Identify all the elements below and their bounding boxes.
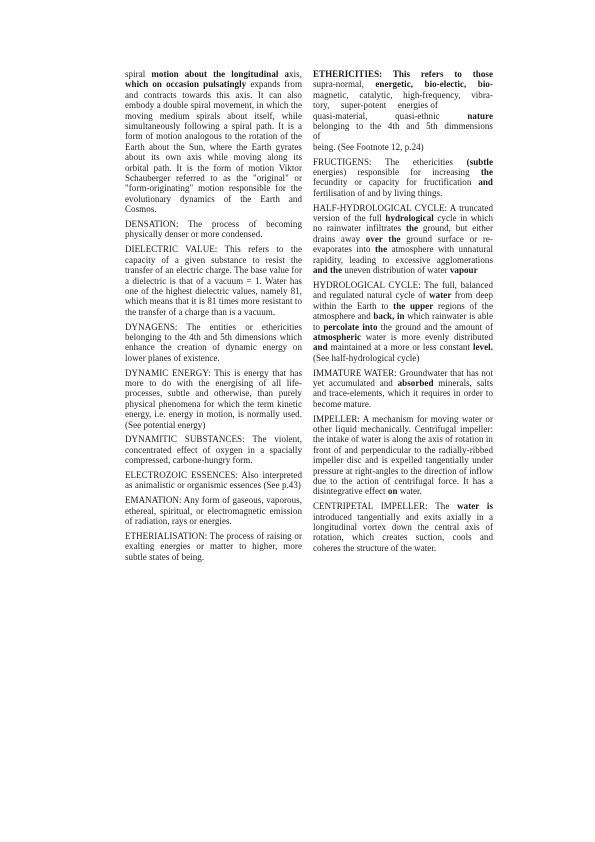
text-segment: water is more evenly distributed <box>361 332 493 342</box>
text-segment: magnetic, catalytic, high-frequency, vib… <box>313 90 493 100</box>
glossary-entry: HYDROLOGICAL CYCLE: The full, balanced a… <box>313 280 493 363</box>
text-segment: CENTRIPETAL IMPELLER: The <box>313 501 457 511</box>
text-segment: supra-normal, <box>313 79 375 89</box>
bold-text-segment: water <box>429 290 451 300</box>
text-segment: expands from and contracts towards this … <box>125 79 302 214</box>
bold-text-segment: energetic, bio-electic, bio- <box>375 79 493 89</box>
glossary-entry: DIELECTRIC VALUE: This refers to the cap… <box>125 244 302 317</box>
document-page: spiral motion about the longitudinal axi… <box>0 0 595 842</box>
text-line: supra-normal, energetic, bio-electic, bi… <box>313 79 493 89</box>
bold-text-segment: on <box>388 486 398 496</box>
bold-text-segment: the <box>406 223 418 233</box>
bold-text-segment: and the <box>313 265 342 275</box>
bold-text-segment: percolate into <box>323 322 377 332</box>
bold-text-segment: the <box>375 244 387 254</box>
text-segment: fertilisation of and by living things. <box>313 188 442 198</box>
text-segment: quasi-material, quasi-ethnic <box>313 111 467 121</box>
text-segment: energies) responsible for increasing <box>313 167 481 177</box>
text-segment: of <box>313 131 321 141</box>
glossary-entry: FRUCTIGENS: The ethericities (subtle ene… <box>313 157 493 199</box>
bold-text-segment: motion about the longitudinal a <box>151 69 289 79</box>
text-segment: xis, <box>289 69 302 79</box>
text-segment: IMPELLER: A mechanism for moving water o… <box>313 414 493 497</box>
glossary-entry: IMMATURE WATER: Groundwater that has not… <box>313 368 493 410</box>
bold-text-segment: vapour <box>450 265 478 275</box>
bold-text-segment: over the <box>366 234 401 244</box>
glossary-entry: DYNAGENS: The entities or ethericities b… <box>125 322 302 364</box>
text-segment: the ground and the amount of <box>378 322 493 332</box>
text-line: tory, super-potent energies of <box>313 100 493 110</box>
text-line: magnetic, catalytic, high-frequency, vib… <box>313 90 493 100</box>
glossary-entry: DYNAMIC ENERGY: This is energy that has … <box>125 368 302 430</box>
bold-text-segment: nature <box>467 111 493 121</box>
text-segment: ETHERIALISATION: The process of raising … <box>125 531 302 562</box>
bold-text-segment: the upper <box>393 301 433 311</box>
text-segment: tory, super-potent energies of <box>313 100 438 110</box>
bold-text-segment: ETHERICITIES: This refers to those <box>313 69 493 79</box>
text-segment: maintained at a more or less constant <box>328 342 473 352</box>
text-line: belonging to the 4th and 5th dimmensions <box>313 121 493 131</box>
text-segment: DYNAMITIC SUBSTANCES: The violent, conce… <box>125 434 302 465</box>
glossary-entry: ETHERIALISATION: The process of raising … <box>125 531 302 562</box>
glossary-entry: DYNAMITIC SUBSTANCES: The violent, conce… <box>125 434 302 465</box>
glossary-entry: ETHERICITIES: This refers to thosesupra-… <box>313 69 493 152</box>
bold-text-segment: hydrological <box>385 213 433 223</box>
text-segment: EMANATION: Any form of gaseous, vaporous… <box>125 495 302 526</box>
bold-text-segment: level. <box>473 342 493 352</box>
text-segment: fecundity or capacity for fructification <box>313 177 478 187</box>
text-segment: (See half-hydrological cycle) <box>313 353 419 363</box>
text-segment: DIELECTRIC VALUE: This refers to the cap… <box>125 244 302 316</box>
text-segment: DYNAGENS: The entities or ethericities b… <box>125 322 302 363</box>
glossary-entry: HALF-HYDROLOGICAL CYCLE: A truncated ver… <box>313 203 493 276</box>
text-line: being. (See Footnote 12, p.24) <box>313 142 493 152</box>
text-segment: water. <box>398 486 422 496</box>
text-segment: introduced tangentially and exits axiall… <box>313 512 493 553</box>
bold-text-segment: absorbed <box>398 378 434 388</box>
text-line: of <box>313 131 493 141</box>
text-segment: uneven distribution of water <box>342 265 450 275</box>
text-segment: belonging to the 4th and 5th dimmensions <box>313 121 493 131</box>
glossary-entry: DENSATION: The process of becoming physi… <box>125 219 302 240</box>
glossary-column-right: ETHERICITIES: This refers to thosesupra-… <box>313 69 493 558</box>
bold-text-segment: the <box>481 167 493 177</box>
text-segment: FRUCTIGENS: The ethericities <box>313 157 467 167</box>
glossary-entry: ELECTROZOIC ESSENCES: Also interpreted a… <box>125 470 302 491</box>
glossary-column-left: spiral motion about the longitudinal axi… <box>125 69 302 566</box>
bold-text-segment: water is <box>457 501 493 511</box>
bold-text-segment: which on occasion pulsatingly <box>125 79 246 89</box>
bold-text-segment: and <box>478 177 493 187</box>
bold-text-segment: back, in <box>373 311 404 321</box>
text-line: ETHERICITIES: This refers to those <box>313 69 493 79</box>
text-segment: DYNAMIC ENERGY: This is energy that has … <box>125 368 302 430</box>
glossary-entry: EMANATION: Any form of gaseous, vaporous… <box>125 495 302 526</box>
text-segment: being. (See Footnote 12, p.24) <box>313 142 424 152</box>
glossary-entry: IMPELLER: A mechanism for moving water o… <box>313 414 493 497</box>
glossary-entry: spiral motion about the longitudinal axi… <box>125 69 302 215</box>
text-line: quasi-material, quasi-ethnic nature <box>313 111 493 121</box>
bold-text-segment: atmospheric <box>313 332 361 342</box>
glossary-entry: CENTRIPETAL IMPELLER: The water is intro… <box>313 501 493 553</box>
bold-text-segment: and <box>313 342 328 352</box>
bold-text-segment: (subtle <box>467 157 493 167</box>
text-segment: spiral <box>125 69 151 79</box>
text-segment: DENSATION: The process of becoming physi… <box>125 219 302 239</box>
text-segment: ELECTROZOIC ESSENCES: Also interpreted a… <box>125 470 302 490</box>
